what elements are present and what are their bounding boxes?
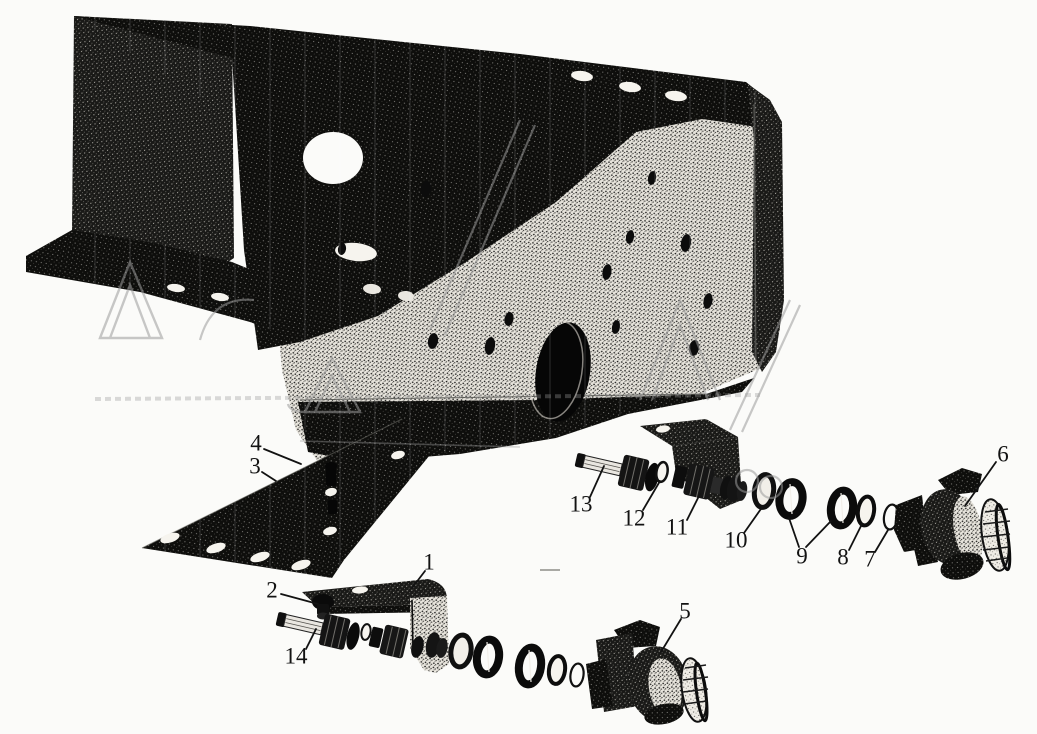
leader-line-8: [849, 524, 862, 550]
callout-13: 13: [570, 492, 593, 517]
frame-large-round-hole: [303, 132, 363, 184]
lower-washer-a: [449, 634, 473, 668]
callout-10: 10: [725, 528, 748, 553]
bushing-9-right: [829, 489, 856, 527]
frame-right-end: [748, 84, 784, 372]
leader-line-7: [875, 530, 888, 552]
callout-1: 1: [423, 550, 435, 575]
parts-diagram-page: 1234567891011121314: [0, 0, 1037, 734]
callout-3: 3: [249, 454, 261, 479]
washer-small-lower: [360, 623, 372, 640]
mounting-plate-face: [142, 419, 452, 578]
callout-12: 12: [623, 506, 646, 531]
callout-5: 5: [679, 599, 691, 624]
washer-8: [856, 496, 876, 527]
lower-bushing-c: [517, 646, 544, 686]
leader-line-4: [264, 449, 301, 464]
lower-bracket-vertical-arm: [410, 596, 449, 673]
mounting-plate: [142, 419, 452, 578]
callout-6: 6: [997, 442, 1009, 467]
lower-ring-e: [569, 663, 585, 688]
callout-4: 4: [250, 431, 262, 456]
lower-washer-d: [547, 655, 567, 685]
leader-line-3: [262, 472, 276, 481]
brake-chamber-6: [894, 468, 1013, 584]
leader-line-9: [806, 521, 831, 547]
callout-7: 7: [864, 547, 876, 572]
lower-bushing-b: [475, 638, 502, 676]
bolt-13: [572, 444, 662, 494]
callout-8: 8: [837, 545, 849, 570]
callout-11: 11: [666, 515, 688, 540]
frame-left-end-panel: [72, 16, 234, 270]
exploded-parts-diagram: 1234567891011121314: [0, 0, 1037, 734]
leader-line-11: [687, 494, 700, 520]
callout-2: 2: [266, 578, 278, 603]
leader-line-5: [661, 619, 681, 652]
callout-14: 14: [285, 644, 309, 669]
callout-9: 9: [796, 544, 808, 569]
brake-chamber-5: [586, 620, 710, 728]
